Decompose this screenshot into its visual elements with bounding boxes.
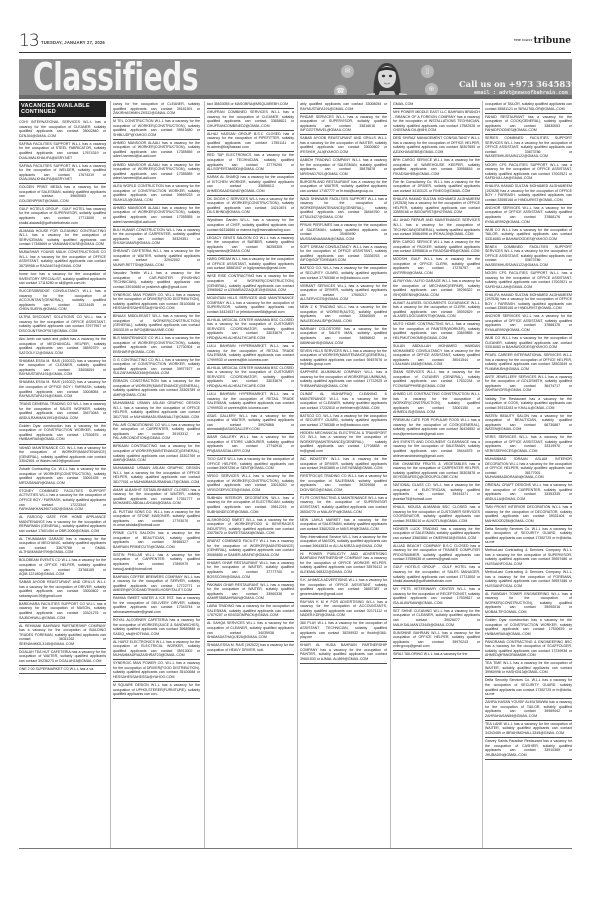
classified-ad: SABAB AYOOB REASTURANT AND GRILLS W.L.L …	[19, 579, 106, 601]
classified-ad: ZAHRA HASAN YOUSIF ALMUTAWWA has a vacan…	[485, 699, 572, 721]
classified-ad: ULTRA DISCOUNT SOLUTIONS CO W.L.L has a …	[19, 314, 106, 336]
classified-ad: NEW Z K TRADING W.L.L has a vacancy for …	[300, 304, 387, 326]
classified-ad: PAKWAN GHAR RESTAURANT W.L.L has a vacan…	[207, 582, 294, 604]
classified-ad: STONEY COMBINED FACILITIES SUPPORT ACTIV…	[19, 488, 106, 514]
classified-ad: PREMIUM CATE FOR POPULAR FOOD W.L.L has …	[393, 417, 480, 439]
classified-ad: AHMED MANSOOR ALAALI has a vacancy for t…	[113, 205, 200, 227]
classified-ad: tact 35833055 or MASOBRA@MSQUAREBH.COM	[207, 101, 294, 109]
classified-ad: WAGI SHINWARI FACILITIES SUPPORT W.L.L h…	[300, 196, 387, 222]
classified-ad: GHUFRAN COMBINED SERVICES W.L.L has a va…	[207, 109, 294, 131]
classified-ad: Zohaib Contracting Co. W.L.L has a vacan…	[19, 466, 106, 488]
classified-ad: SABAB AYOOB REASTURANT AND GRILLS W.L.L …	[300, 135, 387, 157]
classified-ad: Validay The Restaurant has a vacancy for…	[485, 396, 572, 413]
classified-ad: ALRAYYAN / ALFIO GARAGE W.L.L has a vaca…	[393, 278, 480, 300]
classified-ad: ALSHOROOQ SWEET W.L.L has a vacancy for …	[207, 517, 294, 539]
column-3: tact 35833055 or MASOBRA@MSQUAREBH.COMGH…	[207, 101, 294, 848]
classified-ad: SISTIN PHILLAR W.L.L has a vacancy for t…	[113, 552, 200, 574]
classified-ad: SUBHAN INTERIOR DECORATION W.L.L has a v…	[207, 495, 294, 517]
classified-ad: SHAMA ESSA M. RAIS (192022) has a vacanc…	[207, 642, 294, 655]
classified-ad: BIRKAAN CONTRACTING has a vacancy for th…	[113, 443, 200, 465]
classified-ad: MUTO HOME CONTRACTING W.L.L has a vacanc…	[393, 321, 480, 343]
classified-ad: WATEN BEAUTY SALON has a vacancy for the…	[485, 413, 572, 435]
classified-ad: LULU BAHRAIN HYPERMARKET W.L.L has a vac…	[207, 391, 294, 413]
classified-ad: Vasudev Textile W.L.L has a vacancy for …	[113, 270, 200, 292]
classified-ad: ALMAMA HOUSE FOR CLEANING CONTRACTING W.…	[19, 228, 106, 250]
classified-ad: G G CONTRACTING CO W.L.L has a vacancy f…	[113, 357, 200, 379]
classified-ad: SAFINA FACILITIES SUPPORT W.L.L has a va…	[19, 163, 106, 185]
classified-ad: SYNERGIC MAN POWER CO. W.L.L has a vacan…	[113, 292, 200, 314]
classified-ad: Golden Dyar construction has a vacancy f…	[19, 423, 106, 445]
page-header: 13 TUESDAY, JANUARY 27, 2026 THE DAILYtr…	[19, 28, 571, 53]
classified-ad: LEGACY GENTS SALOON CO W.L.L has a vacan…	[207, 235, 294, 257]
logo-text: tribune	[534, 36, 571, 46]
classified-ad: AL RAWDAH TOWER ENGINEERING W.L.L has a …	[485, 591, 572, 617]
classified-ad: TRANS GENERAL TRADING CO W.L.L has a vac…	[19, 401, 106, 423]
classified-ad: AL SAHQA SERVICES W.L.L has a vacancy fo…	[207, 620, 294, 642]
classified-ad: SHRAVATI CAFETERIA W.L.L has a vacancy f…	[113, 248, 200, 270]
classified-ad: MOOSHI GULF W.L.L has a vacancy for the …	[393, 256, 480, 278]
classified-ad: Step International Service W.L.L has a v…	[300, 534, 387, 551]
classified-ad: NATIONAL GLASS CO. W.L.L has a vacancy f…	[393, 482, 480, 504]
classified-ad: EBRAON CONSTRACTION has a vacancy for th…	[113, 378, 200, 400]
classified-ad: HARD DREAM W.L.L has a vacancy for the o…	[207, 256, 294, 273]
classified-ad: OLIMAT AL MUHAFRAQ CLEANING & MAINTENANC…	[300, 391, 387, 413]
classified-ad: ORIENAL CRAFT DESIGNS W.L.L has a vacanc…	[485, 482, 572, 504]
classified-ad: Golden Dyar construction has a vacancy f…	[485, 617, 572, 639]
classified-ad: BOLDBEAM EVENTS CO W.L.L has a vacancy f…	[19, 557, 106, 579]
classified-ad: BRH CARGO SERVICE W.L.L has a vacancy fo…	[393, 239, 480, 256]
classified-ad: EMI GHANEEM FRUITS & VEGETABLES has a va…	[393, 461, 480, 483]
column-4: ably qualified applicants can contact 33…	[300, 101, 387, 848]
column-2: cancy for the occupation of CLEANER, sui…	[113, 101, 200, 848]
classified-ad: BARIDHARA FACILITIES SUPPORT CO W.L.L ha…	[19, 601, 106, 623]
classified-ad: SYNERGIC MAN POWER CO. W.L.L has a vacan…	[113, 660, 200, 682]
classified-ad: TEA TIME W.L.L has a vacancy for the occ…	[485, 660, 572, 677]
classified-ad: ALBAIT ALASEEL DOCUMENTS CLEARANCE W.L.L…	[393, 300, 480, 322]
classified-ad: VERIS SERVICES W.L.L has a vacancy for t…	[485, 434, 572, 456]
classified-ad: GULF HOTELS GROUP - GULF HOTEL has vacan…	[19, 206, 106, 228]
classified-ad: AHI EVENTS AND DOCUMENT CLEARANCE has a …	[393, 439, 480, 461]
classified-ad: SUCCESSBRIDGE CONSULTANCY W.L.L has a va…	[19, 288, 106, 314]
classified-ad: PRIUM PERFUMES has a vacancy for the occ…	[300, 222, 387, 244]
classified-ad: KHALIFA HAMAD SULTAN MOHAMED ALGHAMEEM (…	[393, 196, 480, 218]
classified-ad: FIRSTFOCUS TRADING CO W.L.L has a vacanc…	[300, 473, 387, 495]
classified-ad: BENEX COMBINED FACILITIES SUPPORT SERVIC…	[485, 244, 572, 270]
classified-ad: ONE 2 00 SUPERMARKET CO W.L.L has a va-	[19, 666, 106, 674]
classified-ad: DIL DIGGH C SERVICES W.L.L has a vacancy…	[207, 196, 294, 218]
classified-ad: GOLDEN PRINT MEDIA has a vacancy for the…	[19, 184, 106, 206]
classified-ad: AHMED MANSOOR ALAALI has a vacancy for t…	[113, 140, 200, 162]
classified-ad: WUB CO W.L.L has a vacancy for the occup…	[485, 227, 572, 244]
classified-ad: VAHAD MAINTENANCE CO. W.L.L has a vacanc…	[19, 445, 106, 467]
classified-ad: Delta Security Services Co. W.L.L has a …	[485, 526, 572, 548]
classified-ad: Garvey Saints Paradise Restaurant has a …	[485, 738, 572, 760]
classified-ad: PRIME CUTS SALOON has a vacancy for the …	[113, 530, 200, 552]
classified-ad: KHALIFA HAMAD SULTAN MOHAMED ALGHAMEEM (…	[485, 292, 572, 314]
classified-ad: ANTE JEWELLERY SERVICES W.L.L has a vaca…	[485, 374, 572, 396]
classified-ad: BLS MAINTENANCE CO W.L.L has a vacancy f…	[113, 335, 200, 357]
classified-ad: PANORAMA CONTRACTING & ENGINEERING BSC h…	[485, 639, 572, 661]
classified-ad: PINDAR SERVICES W.L.L has a vacancy for …	[300, 114, 387, 136]
classified-ad: M SQUARE DESIGN W.L.L has a vacancy for …	[113, 682, 200, 699]
classified-ad: MOUNTAIN HILLS SERVICES AND MAINTENANCE …	[207, 295, 294, 317]
classified-ad: BURGERLAND RESTAURANT has a vacancy for …	[300, 179, 387, 196]
classified-ad: ALHAJ HASSAN GROUP B.S.C CLOSED has a va…	[207, 131, 294, 153]
classified-ad: HIDDEN MECHANICAL ELECTRICAL & TRANSPORT…	[300, 430, 387, 456]
cartoon-woman-illustration	[364, 61, 410, 99]
classified-ad: AABIDH TRADING COMPANY W.L.L has a vacan…	[300, 157, 387, 179]
classified-ad: F1 F5 CONTRACTING & MAINTENANCE W.L.L ha…	[300, 495, 387, 517]
classified-ad: SEVEN HILLS SERVICES W.L.L has a vacancy…	[300, 348, 387, 370]
classified-ad: MHI POWER MIDDLE EAST LLC BAHRAIN BRANCH…	[393, 109, 480, 135]
classified-ad: AL PUTTAM SONS CO. W.L.L has a vacancy f…	[113, 509, 200, 531]
classified-ad: ANCHOR SERVICES W.L.L has a vacancy for …	[485, 313, 572, 335]
classified-ad: occupation of TAILOR, suitably qualified…	[485, 101, 572, 114]
classified-ad: AMAR GALLERY W.L.L has a vacancy for the…	[207, 434, 294, 456]
classified-ad: BAHRAIN COFFEE BREWERS COMPANY W.L.L has…	[113, 574, 200, 596]
classified-ad: ALHILAL MEDICAL CENTER MANAMA BSC CLOSED…	[207, 365, 294, 391]
banner-bottom-strip	[19, 95, 572, 99]
classified-ad: MUHAMMAD USMAN ASLAM GRAPHIC DESIGN W.L.…	[113, 400, 200, 422]
classified-ad: KARAK AL SHARQI has a vacancy for the oc…	[207, 174, 294, 196]
classified-ad: ANCHOR SERVICES W.L.L has a vacancy for …	[485, 205, 572, 227]
classified-ad: ALEA WORLD CONTRUCTION has a vacancy for…	[113, 183, 200, 205]
classified-ad: AMAR ALBASHIT ESTABLISHMENT CLOSED has a…	[113, 487, 200, 509]
classified-ad: PEARL CAREER INTERNATIONAL SERVICES W.L.…	[485, 352, 572, 374]
classified-ad: home box has a vacancy for the occupatio…	[19, 271, 106, 288]
classified-ad: LAIBA TRADING has a vacancy for the occu…	[207, 603, 294, 620]
classified-ad: SMAN SERVICES W.L.L has a vacancy for th…	[393, 369, 480, 391]
classified-ad: COHI INTERNATIONAL SERVICES W.L.L has a …	[19, 119, 106, 141]
classified-ad: SAFINA FACILITIES SUPPORT W.L.L has a va…	[19, 141, 106, 163]
classified-ad: KHALIL MOUSA ALMANNA BSC CLOSED has a va…	[393, 504, 480, 526]
newspaper-logo: THE DAILYtribune	[514, 36, 571, 46]
column-divider	[390, 101, 391, 848]
classified-ad: SOFT DREAM CONSULTANCY W.L.L has a vacan…	[300, 244, 387, 266]
classified-ad: MUHAMMAD USMAN ASLAM GRAPHIC DESIGN W.L.…	[113, 465, 200, 487]
classified-ad: MUHAMMAD IDRAAN ASLAM INTERIOR DECORATIO…	[485, 456, 572, 482]
envelope-icon: ✉	[341, 65, 354, 78]
classified-ad: SHAMMA ESSA M. RAIS (192022) has a vacan…	[19, 379, 106, 401]
classified-ad: SAPPHIRE ALUMINIUM COMPANY W.L.L has a v…	[300, 369, 387, 391]
classified-ad: ASAS GALLERY W.L.L has a vacancy for the…	[207, 413, 294, 435]
classified-ad: S.K. AHAMCA ADVERTISING W.L.L has a vaca…	[300, 577, 387, 599]
classified-ad: AL HAFIZ ELECTRONICS W.L.L has a vacancy…	[113, 639, 200, 661]
classifieds-banner: Classifieds ✉ ☎ ▯ ⊕ Call us on +973 3645…	[19, 59, 572, 99]
classified-ad: SUNSHINE BAHRAIN W.L.L has a vacancy for…	[393, 630, 480, 652]
classified-ad: BRH CARGO SERVICE W.L.L has a vacancy fo…	[393, 157, 480, 179]
classified-ad: KHAIR AL HUDA BAHRAIN PARTNERSHIP COMPAN…	[300, 642, 387, 664]
classified-ad: AL REHMANI BAHRAINI PARTNERSHIP COMPANY …	[19, 623, 106, 649]
classified-ad: VIRGO SERVICES W.L.L has a vacancy for t…	[207, 473, 294, 495]
classified-ad: BIJU KUMAR CONSTRUCTION W.L.L has a vaca…	[113, 227, 200, 249]
classified-ad: BATSCO CO. W.L.L has a vacancy for the o…	[300, 265, 387, 282]
column-divider	[482, 101, 483, 848]
classified-ad: VIBRANT SERVICES W.L.L has a vacancy for…	[300, 283, 387, 305]
classified-ad: MUBASHAR YOUNIS MALIK CONSTRUCTIONS CO W…	[19, 249, 106, 271]
classified-ad: PAL AIR CONDITIONING CO W.L.L has a vaca…	[113, 422, 200, 444]
classified-ad: Delta Security Services Co. W.L.L has a …	[485, 677, 572, 699]
classified-ad: HONEER LUCK TRADING has a vacancy for th…	[393, 526, 480, 543]
classified-ad: GULF HOTELS GROUP - GULF HOTEL has a vac…	[393, 564, 480, 586]
classified-ad: WISE RISE CONTRACTING has a vacancy for …	[207, 273, 294, 295]
column-divider	[297, 101, 298, 848]
classified-ad: WARNAH COLDSTORE has a vacancy for the o…	[300, 326, 387, 348]
classified-ad: HI POWER PUBLICITY AND ADVERTISING BAHRA…	[300, 551, 387, 577]
classified-ad: AL FAROOQ GATE FOR HOME APPLIANCE MAINTE…	[19, 514, 106, 536]
classified-ad: ROYAL ALCORNER CAFETERIA has a vacancy f…	[113, 617, 200, 639]
classified-ad: TIGO GATE W.L.L has a vacancy for the oc…	[207, 456, 294, 473]
classified-ad: NOORI CFS FACILITIES SUPPORT W.L.L has a…	[485, 162, 572, 184]
classified-ad: MY PETS VETERINARY CENTER W.L.L has a va…	[393, 586, 480, 608]
classified-ad: BINAAX MIDDLEEAST W.L.L has a vacancy fo…	[113, 313, 200, 335]
classified-ad: TEA LANE W.L.L has a vacancy for the occ…	[485, 721, 572, 738]
classified-ad: Abu Amin car wash and polish has a vacan…	[19, 336, 106, 358]
classified-ad: RAHMA SWEET WATER & ICE EST. has a vacan…	[113, 595, 200, 617]
classified-ad: Method-ast Contracting & Services Compan…	[485, 547, 572, 569]
classified-ad: KHALIFA HAMAD SULTAN MOHAMED ALGHAMEEM (…	[485, 183, 572, 205]
classified-ad: WUB CO W.L.L has a vacancy for the occup…	[485, 335, 572, 352]
classified-ad: LULU BAHRAIN HYPERMARKET W.L.L has a vac…	[207, 343, 294, 365]
classified-ad: DESI SHIRAZ MANAGEMENT CONSULTANCY W.L.L…	[393, 135, 480, 157]
column-1: VACANCIES AVAILABLE CONTINUED COHI INTER…	[19, 101, 106, 848]
classifieds-columns: VACANCIES AVAILABLE CONTINUED COHI INTER…	[19, 101, 572, 848]
contact-phone: Call us on +973 36458394	[459, 79, 572, 89]
column-divider	[204, 101, 205, 848]
classified-ad: SHAMMA ESSA M. RAIS (192022) has a vacan…	[19, 358, 106, 380]
classified-ad: AHMED MANSOOR ALAALI has a vacancy for t…	[113, 162, 200, 184]
classified-ad: AHMED LIS CONTRACTING CONSTRUCTION W.L.L…	[393, 391, 480, 417]
classified-ad: NOORI CFS FACILITIES SUPPORT W.L.L has a…	[485, 270, 572, 292]
classified-ad: NEW LAHLA MARKET has a vacancy for the o…	[300, 517, 387, 534]
column-6: occupation of TAILOR, suitably qualified…	[485, 101, 572, 848]
classified-ad: GMAIL.COM	[393, 101, 480, 109]
classified-ad: FAHAD RESTAURANT has a vacancy for the o…	[485, 114, 572, 136]
classified-ad: M TEL CONSTRUCTION W.L.L has a vacancy f…	[113, 118, 200, 140]
mobile-icon: ▯	[421, 65, 434, 78]
classified-ad: Method-ast Contracting & Services Compan…	[485, 569, 572, 591]
column-divider	[110, 101, 111, 848]
classified-ad: ALI AHAD REPAIR AND MAINTENANCE SERVICES…	[393, 217, 480, 239]
classified-ad: DOALAH TEA HUT CAFETERIA has a vacancy f…	[19, 649, 106, 666]
classified-ad: BATSCO CO. W.L.L has a vacancy for the o…	[300, 413, 387, 430]
classified-ad: Wyndham Garden W.L.L. has a vacancy for …	[207, 217, 294, 234]
classified-ad: ARAFAT COMBINED FACILITY W.L.L has a vac…	[207, 538, 294, 560]
classified-ad: SERIES COMBINED FACILITIES SUPPORT SERVI…	[485, 135, 572, 161]
classified-ad: SET SHINE CLEANING W.L.L has a vacancy f…	[393, 608, 480, 630]
page-number: 13	[19, 31, 39, 51]
classified-ad: SULAN ABDULLAH MOHAMED HAMDAN MOHAMMED C…	[393, 343, 480, 369]
classified-ad: RED TAP ELECTRONICS has a vacancy for th…	[207, 152, 294, 174]
classified-ad: KHAMIS GHAR RESTAURANT W.L.L has a vacan…	[207, 560, 294, 582]
section-heading: VACANCIES AVAILABLE CONTINUED	[19, 101, 106, 117]
classified-ad: ably qualified applicants can contact 33…	[300, 101, 387, 114]
banner-title: Classifieds	[33, 59, 198, 99]
classified-ad: ALHILAL MEDICAL CENTER MANAMA BSC CLOSED…	[207, 317, 294, 343]
page-bottom-rule	[19, 848, 572, 849]
classified-ad: AL THUMAMAH GARAGE has a vacancy for the…	[19, 536, 106, 558]
classified-ad: RAYYAN K M H FOR ADVERTISING W.L.L has a…	[300, 599, 387, 621]
classified-ad: INC INDUSTRY W.L.L has a vacancy for the…	[300, 456, 387, 473]
classified-ad: Fire fin Consultancy Co. W.L.L has a vac…	[393, 179, 480, 196]
classified-ad: cancy for the occupation of CLEANER, sui…	[113, 101, 200, 118]
classified-ad: 360 PLAY W.L.L has a vacancy for the occ…	[300, 620, 387, 642]
publication-date: TUESDAY, JANUARY 27, 2026	[41, 40, 105, 45]
logo-prefix: THE DAILY	[514, 39, 533, 42]
classified-ad: SIRAJ TAILORING W.L.L has a vacancy for …	[393, 651, 480, 659]
column-5: GMAIL.COMMHI POWER MIDDLE EAST LLC BAHRA…	[393, 101, 480, 848]
classified-ad: ALLIAD BEACHT COMPANY B.S.C CLOSED has a…	[393, 543, 480, 565]
classified-ad: TMN FRONT INTERIOR DECORATION W.L.L has …	[485, 504, 572, 526]
